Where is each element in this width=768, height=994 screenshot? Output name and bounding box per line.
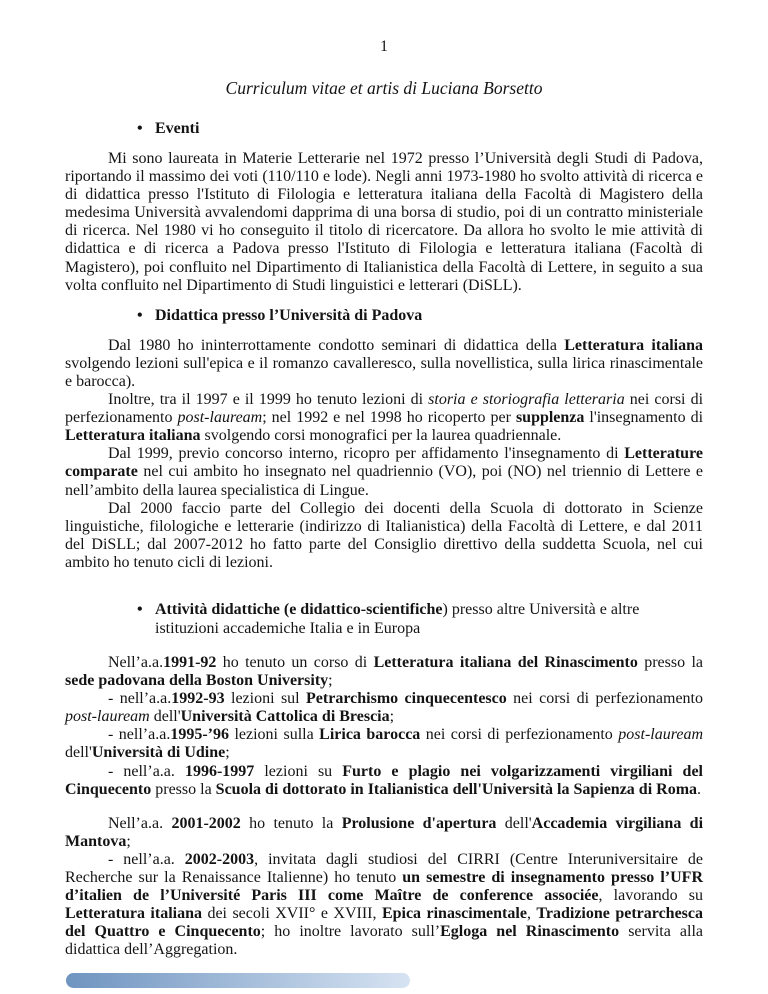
text-run: dei secoli XVII° e XVIII, <box>202 905 382 922</box>
text-run: Lirica barocca <box>319 726 420 743</box>
text-run: ho tenuto un corso di <box>216 654 373 671</box>
text-run: ; <box>225 744 229 761</box>
heading-text: Eventi <box>155 120 199 137</box>
text-run: Mi sono laureata in Materie Letterarie n… <box>65 150 703 294</box>
text-run: ; <box>126 833 130 850</box>
document-body: •EventiMi sono laureata in Materie Lette… <box>65 119 703 959</box>
text-run: sede padovana della Boston University <box>65 672 328 689</box>
text-run: Letteratura italiana <box>564 337 703 354</box>
text-run: ; <box>390 708 394 725</box>
text-run: 2002-2003 <box>185 851 254 868</box>
text-run: - nell’a.a. <box>108 851 185 868</box>
text-run: svolgendo lezioni sull'epica e il romanz… <box>65 355 703 390</box>
paragraph-dal-1999: Dal 1999, previo concorso interno, ricop… <box>65 445 703 499</box>
text-run: post-lauream <box>65 708 150 725</box>
text-run: ho tenuto la <box>241 815 342 832</box>
paragraph-dal-1980: Dal 1980 ho ininterrottamente condotto s… <box>65 337 703 391</box>
text-run: svolgendo corsi monografici per la laure… <box>201 427 562 444</box>
text-run: . <box>697 781 701 798</box>
text-run: , lavorando su <box>598 887 703 904</box>
text-run: ; nel 1992 e nel 1998 ho ricoperto per <box>262 409 516 426</box>
text-run: 1991-92 <box>163 654 216 671</box>
text-run: Dal 1980 ho ininterrottamente condotto s… <box>108 337 564 354</box>
text-run: supplenza <box>516 409 584 426</box>
text-run: nel cui ambito ho insegnato nel quadrien… <box>65 463 703 498</box>
text-run: Petrarchismo cinquecentesco <box>306 690 507 707</box>
text-run: Università di Udine <box>92 744 225 761</box>
paragraph-2001-2002: Nell’a.a. 2001-2002 ho tenuto la Prolusi… <box>65 815 703 851</box>
text-run: Dal 1999, previo concorso interno, ricop… <box>108 445 624 462</box>
paragraph-1992-93: - nell’a.a.1992-93 lezioni sul Petrarchi… <box>65 690 703 726</box>
text-run: Dal 2000 faccio parte del Collegio dei d… <box>65 500 703 571</box>
text-run: presso la <box>151 781 215 798</box>
text-run: - nell’a.a. <box>108 690 171 707</box>
text-run: presso la <box>638 654 703 671</box>
text-run: Scuola di dottorato in Italianistica del… <box>216 781 697 798</box>
document-content: 1 Curriculum vitae et artis di Luciana B… <box>65 38 703 959</box>
text-run: ; ho inoltre lavorato sull’ <box>261 923 440 940</box>
text-run: storia e storiografia letteraria <box>428 391 625 408</box>
heading-text: Didattica presso l’Università di Padova <box>155 307 422 324</box>
text-run: 1995-’96 <box>170 726 229 743</box>
text-run: Nell’a.a. <box>108 654 163 671</box>
text-run: Letteratura italiana <box>65 427 201 444</box>
bullet-icon: • <box>137 600 143 619</box>
text-run: dell' <box>65 744 92 761</box>
text-run: lezioni sulla <box>229 726 319 743</box>
heading-text: Attività didattiche (e didattico-scienti… <box>155 601 639 637</box>
document-page: 1 Curriculum vitae et artis di Luciana B… <box>0 0 768 994</box>
text-run: Nell’a.a. <box>108 815 171 832</box>
text-run: lezioni sul <box>225 690 306 707</box>
text-run: , <box>527 905 536 922</box>
page-number: 1 <box>65 38 703 56</box>
text-run: Letteratura italiana <box>65 905 202 922</box>
text-run: 1992-93 <box>171 690 224 707</box>
paragraph-1995-96: - nell’a.a.1995-’96 lezioni sulla Lirica… <box>65 726 703 762</box>
text-run: Eventi <box>155 120 199 137</box>
text-run: Inoltre, tra il 1997 e il 1999 ho tenuto… <box>108 391 428 408</box>
paragraph-1996-1997: - nell’a.a. 1996-1997 lezioni su Furto e… <box>65 763 703 799</box>
paragraph-2002-2003: - nell’a.a. 2002-2003, invitata dagli st… <box>65 851 703 960</box>
section-heading-eventi: •Eventi <box>65 119 703 138</box>
paragraph-dal-2000: Dal 2000 faccio parte del Collegio dei d… <box>65 500 703 572</box>
text-run: Prolusione d'apertura <box>342 815 497 832</box>
paragraph-1991-92: Nell’a.a.1991-92 ho tenuto un corso di L… <box>65 654 703 690</box>
text-run: lezioni su <box>254 763 342 780</box>
text-run: dell' <box>150 708 181 725</box>
text-run: 2001-2002 <box>171 815 240 832</box>
loading-progress-bar <box>66 973 410 988</box>
text-run: Università Cattolica di Brescia <box>181 708 390 725</box>
bullet-icon: • <box>137 306 143 325</box>
text-run: Didattica presso l’Università di Padova <box>155 307 422 324</box>
text-run: nei corsi di perfezionamento <box>420 726 618 743</box>
bullet-icon: • <box>137 119 143 138</box>
text-run: post-lauream <box>618 726 703 743</box>
text-run: Epica rinascimentale <box>382 905 527 922</box>
text-run: l'insegnamento di <box>584 409 703 426</box>
text-run: post-lauream <box>178 409 263 426</box>
text-run: ; <box>328 672 332 689</box>
intro-paragraph: Mi sono laureata in Materie Letterarie n… <box>65 150 703 295</box>
text-run: Attività didattiche (e didattico-scienti… <box>155 601 443 618</box>
section-heading-attivita-didattiche: •Attività didattiche (e didattico-scient… <box>65 600 703 638</box>
paragraph-inoltre-1997-1999: Inoltre, tra il 1997 e il 1999 ho tenuto… <box>65 391 703 445</box>
text-run: - nell’a.a. <box>108 763 185 780</box>
text-run: - nell’a.a. <box>108 726 170 743</box>
text-run: dell' <box>496 815 531 832</box>
document-title: Curriculum vitae et artis di Luciana Bor… <box>65 77 703 99</box>
section-heading-didattica-padova: •Didattica presso l’Università di Padova <box>65 306 703 325</box>
text-run: Letteratura italiana del Rinascimento <box>374 654 638 671</box>
text-run: Egloga nel Rinascimento <box>440 923 619 940</box>
text-run: nei corsi di perfezionamento <box>507 690 703 707</box>
text-run: 1996-1997 <box>185 763 254 780</box>
